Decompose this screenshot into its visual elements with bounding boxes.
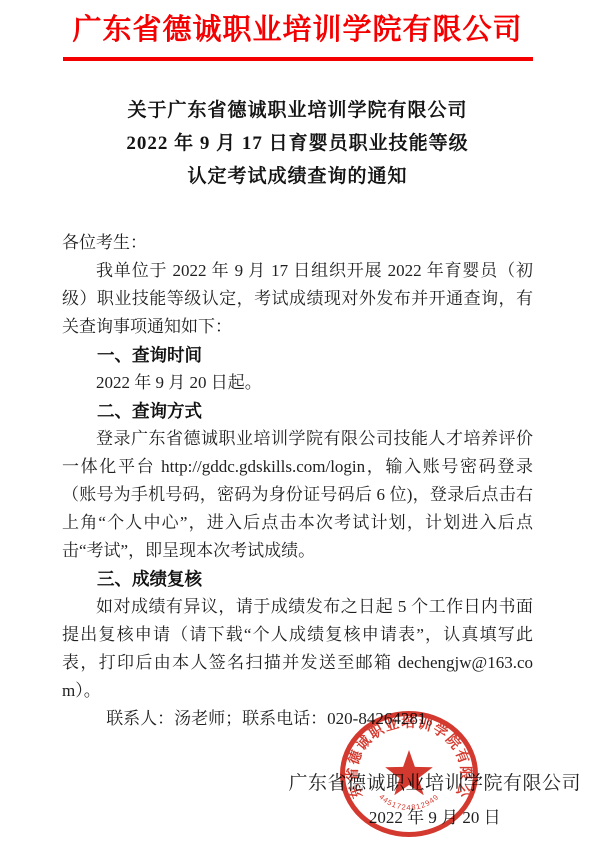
contact-line: 联系人：汤老师；联系电话：020-84264281。 [62,705,533,733]
section-1-body: 2022 年 9 月 20 日起。 [62,369,533,397]
notice-title-line-1: 关于广东省德诚职业培训学院有限公司 [0,94,595,127]
salutation: 各位考生： [62,229,533,257]
signature-date: 2022 年 9 月 20 日 [288,801,581,835]
section-2-heading: 二、查询方式 [62,397,533,425]
signature-org: 广东省德诚职业培训学院有限公司 [288,767,581,801]
intro-paragraph: 我单位于 2022 年 9 月 17 日组织开展 2022 年育婴员（初级）职业… [62,257,533,341]
section-3-body: 如对成绩有异议，请于成绩发布之日起 5 个工作日内书面提出复核申请（请下载“个人… [62,593,533,705]
notice-title-line-2: 2022 年 9 月 17 日育婴员职业技能等级 [0,127,595,160]
letterhead-rule [63,57,533,61]
notice-document: 广东省德诚职业培训学院有限公司 关于广东省德诚职业培训学院有限公司 2022 年… [0,0,595,842]
section-1-heading: 一、查询时间 [62,341,533,369]
letterhead-org-name: 广东省德诚职业培训学院有限公司 [0,12,595,48]
section-3-heading: 三、成绩复核 [62,565,533,593]
signature-block: 广东省德诚职业培训学院有限公司 2022 年 9 月 20 日 [288,767,581,835]
notice-title: 关于广东省德诚职业培训学院有限公司 2022 年 9 月 17 日育婴员职业技能… [0,94,595,193]
notice-body: 各位考生： 我单位于 2022 年 9 月 17 日组织开展 2022 年育婴员… [0,229,595,733]
letterhead: 广东省德诚职业培训学院有限公司 [0,0,595,61]
notice-title-line-3: 认定考试成绩查询的通知 [0,160,595,193]
section-2-body: 登录广东省德诚职业培训学院有限公司技能人才培养评价一体化平台 http://gd… [62,425,533,565]
